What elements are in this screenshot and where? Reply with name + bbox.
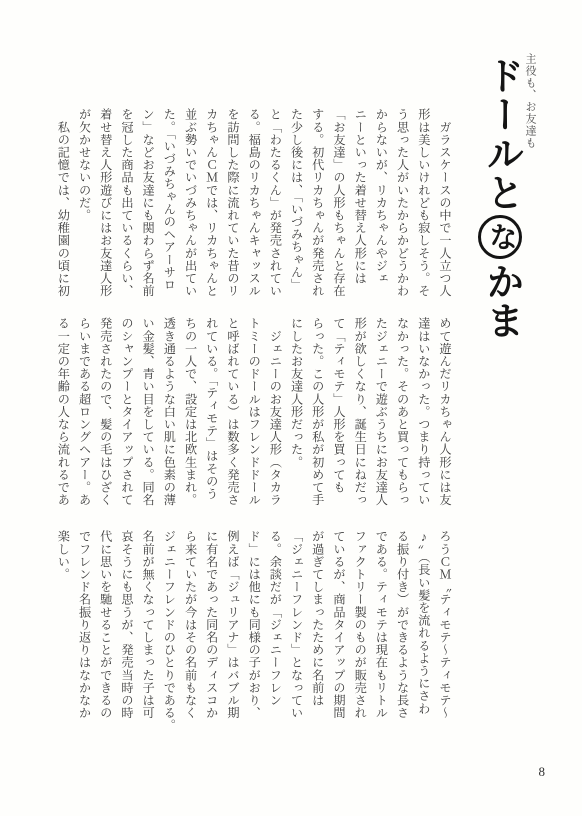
page-number: 8 [539,764,546,780]
chapter-title-trailing: かま [480,262,522,340]
chapter-title: ドールとなかま [478,56,522,340]
chapter-subtitle: 主役も、お友達も [522,53,538,149]
text-band-2: めて遊んだリカちゃん人形には友 達はいなかった。つまり持ってい なかった。そのあ… [52,317,455,506]
circled-character-glyph: な [484,222,516,252]
chapter-title-leading: ドールと [480,56,522,212]
book-page: 主役も、お友達も ドールとなかま ガラスケースの中で一人立つ人 形は美しいけれど… [0,0,582,816]
text-band-1: ガラスケースの中で一人立つ人 形は美しいけれども寂しそう。そ う思った人がいたか… [52,108,455,297]
text-band-3: ろうＣＭ〝ティモテ〜ティモテ〜 ♪〟（長い髪を流れるようにさわ る振り付き）がで… [52,530,455,732]
circled-character: な [478,215,522,259]
